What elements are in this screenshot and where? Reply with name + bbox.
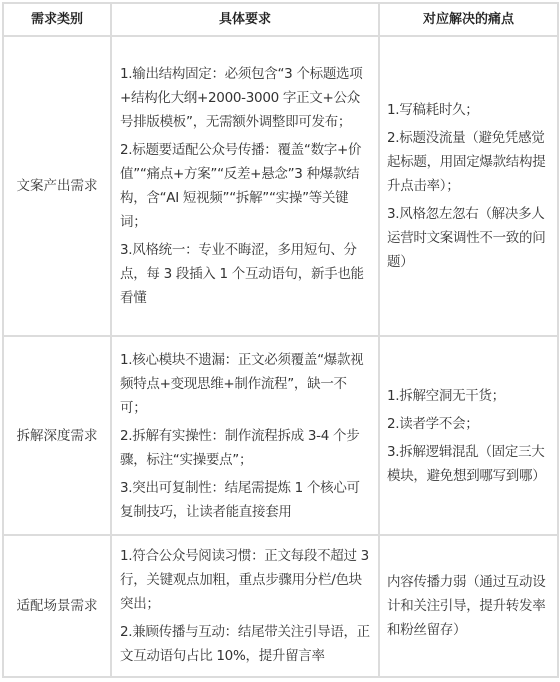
table-header-row: 需求类别 具体要求 对应解决的痛点	[3, 3, 558, 36]
requirements-cell: 1.核心模块不遗漏：正文必须覆盖“爆款视频特点+变现思维+制作流程”，缺一不可；…	[111, 336, 379, 535]
pain-points-cell: 1.写稿耗时久； 2.标题没流量（避免凭感觉起标题，用固定爆款结构提升点击率）；…	[379, 36, 558, 336]
requirement-item: 3.风格统一：专业不晦涩，多用短句、分点，每 3 段插入 1 个互动语句，新手也…	[120, 238, 372, 310]
table-row: 适配场景需求 1.符合公众号阅读习惯：正文每段不超过 3 行，关键观点加粗，重点…	[3, 535, 558, 677]
requirement-item: 3.突出可复制性：结尾需提炼 1 个核心可复制技巧，让读者能直接套用	[120, 476, 372, 524]
pain-points-cell: 内容传播力弱（通过互动设计和关注引导，提升转发率和粉丝留存）	[379, 535, 558, 677]
category-cell: 拆解深度需求	[3, 336, 111, 535]
requirement-item: 2.兼顾传播与互动：结尾带关注引导语，正文互动语句占比 10%，提升留言率	[120, 620, 372, 668]
category-cell: 文案产出需求	[3, 36, 111, 336]
requirement-item: 1.符合公众号阅读习惯：正文每段不超过 3 行，关键观点加粗，重点步骤用分栏/色…	[120, 544, 372, 616]
pain-point-item: 2.读者学不会；	[387, 412, 553, 436]
table-row: 拆解深度需求 1.核心模块不遗漏：正文必须覆盖“爆款视频特点+变现思维+制作流程…	[3, 336, 558, 535]
pain-points-cell: 1.拆解空洞无干货； 2.读者学不会； 3.拆解逻辑混乱（固定三大模块，避免想到…	[379, 336, 558, 535]
requirement-item: 1.核心模块不遗漏：正文必须覆盖“爆款视频特点+变现思维+制作流程”，缺一不可；	[120, 348, 372, 420]
pain-point-item: 1.拆解空洞无干货；	[387, 384, 553, 408]
pain-point-item: 3.风格忽左忽右（解决多人运营时文案调性不一致的问题）	[387, 202, 553, 274]
pain-point-item: 2.标题没流量（避免凭感觉起标题，用固定爆款结构提升点击率）；	[387, 126, 553, 198]
category-cell: 适配场景需求	[3, 535, 111, 677]
header-requirements: 具体要求	[111, 3, 379, 36]
pain-point-item: 3.拆解逻辑混乱（固定三大模块，避免想到哪写到哪）	[387, 440, 553, 488]
requirement-item: 2.标题要适配公众号传播：覆盖“数字+价值”“痛点+方案”“反差+悬念”3 种爆…	[120, 138, 372, 234]
requirement-item: 1.输出结构固定：必须包含“3 个标题选项+结构化大纲+2000-3000 字正…	[120, 62, 372, 134]
pain-point-item: 1.写稿耗时久；	[387, 98, 553, 122]
requirements-cell: 1.符合公众号阅读习惯：正文每段不超过 3 行，关键观点加粗，重点步骤用分栏/色…	[111, 535, 379, 677]
header-pain-points: 对应解决的痛点	[379, 3, 558, 36]
requirement-item: 2.拆解有实操性：制作流程拆成 3-4 个步骤，标注“实操要点”；	[120, 424, 372, 472]
table-row: 文案产出需求 1.输出结构固定：必须包含“3 个标题选项+结构化大纲+2000-…	[3, 36, 558, 336]
header-category: 需求类别	[3, 3, 111, 36]
requirements-cell: 1.输出结构固定：必须包含“3 个标题选项+结构化大纲+2000-3000 字正…	[111, 36, 379, 336]
requirements-table: 需求类别 具体要求 对应解决的痛点 文案产出需求 1.输出结构固定：必须包含“3…	[2, 2, 559, 678]
pain-point-item: 内容传播力弱（通过互动设计和关注引导，提升转发率和粉丝留存）	[387, 570, 553, 642]
